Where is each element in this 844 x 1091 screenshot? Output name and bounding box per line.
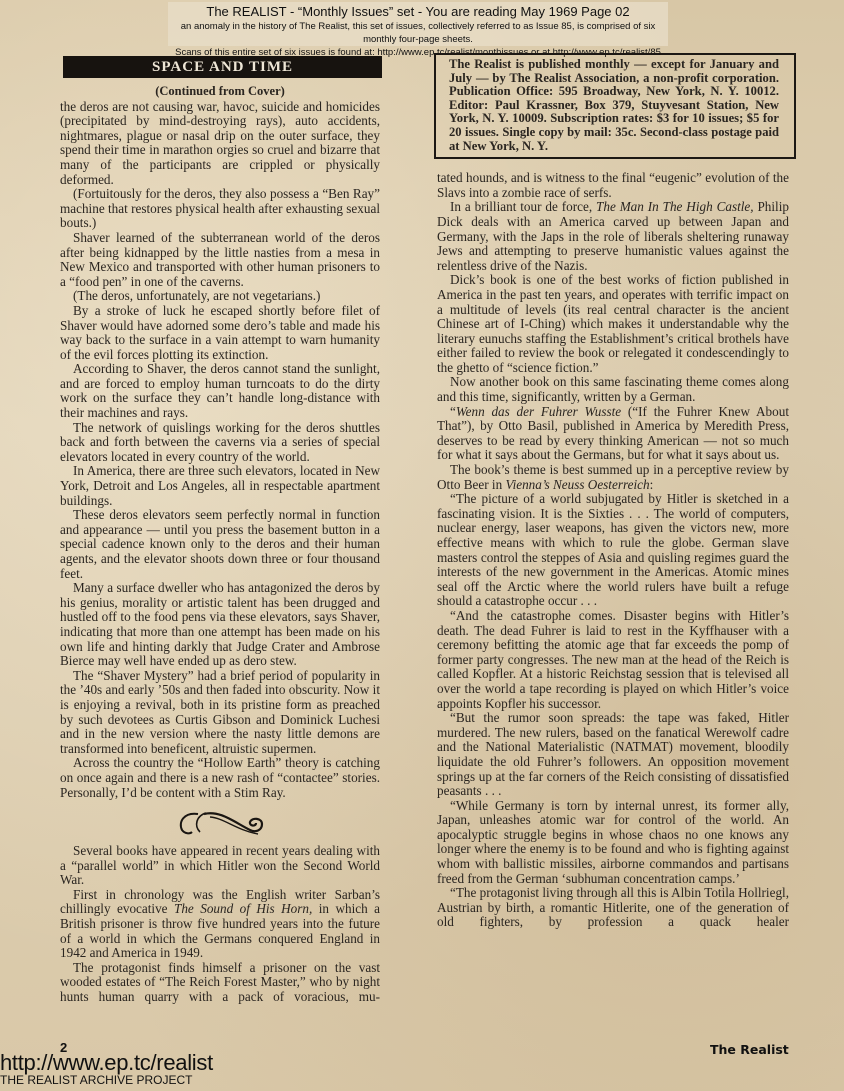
paragraph: “While Germany is torn by internal unres…: [437, 799, 789, 887]
italic-title: Wenn das der Fuhrer Wusste: [456, 404, 621, 419]
paragraph: “The picture of a world subjugated by Hi…: [437, 492, 789, 609]
italic-title: The Sound of His Horn,: [174, 901, 312, 916]
paragraph: (Fortuitously for the deros, they also p…: [60, 187, 380, 231]
paragraph: The “Shaver Mystery” had a brief period …: [60, 669, 380, 757]
paragraph: First in chronology was the English writ…: [60, 888, 380, 961]
paragraph: In a brilliant tour de force, The Man In…: [437, 200, 789, 273]
banner-title: The REALIST - “Monthly Issues” set - You…: [168, 4, 668, 20]
left-column-body: the deros are not causing war, havoc, su…: [60, 100, 380, 801]
paragraph: In America, there are three such elevato…: [60, 464, 380, 508]
paragraph: The network of quislings working for the…: [60, 421, 380, 465]
paragraph: These deros elevators seem perfectly nor…: [60, 508, 380, 581]
left-column: SPACE AND TIME (Continued from Cover) th…: [60, 56, 380, 1005]
masthead-box: The Realist is published monthly — excep…: [434, 53, 796, 159]
paragraph: “The protagonist living through all this…: [437, 886, 789, 930]
archive-name: THE REALIST ARCHIVE PROJECT: [0, 1073, 193, 1087]
paragraph: (The deros, unfortunately, are not veget…: [60, 289, 380, 304]
paragraph: Several books have appeared in recent ye…: [60, 844, 380, 888]
right-column-body: tated hounds, and is witness to the fina…: [437, 171, 789, 930]
continued-note: (Continued from Cover): [60, 84, 380, 99]
publication-name: The Realist: [710, 1042, 789, 1057]
paragraph: Across the country the “Hollow Earth” th…: [60, 756, 380, 800]
italic-title: The Man In The High Castle,: [596, 199, 754, 214]
paragraph: Shaver learned of the subterranean world…: [60, 231, 380, 289]
paragraph: “But the rumor soon spreads: the tape wa…: [437, 711, 789, 799]
masthead-text: The Realist is published monthly — excep…: [449, 58, 779, 153]
flourish-ornament-icon: [176, 808, 268, 838]
paragraph: the deros are not causing war, havoc, su…: [60, 100, 380, 188]
paragraph: “Wenn das der Fuhrer Wusste (“If the Fuh…: [437, 405, 789, 463]
paragraph: Many a surface dweller who has antagoniz…: [60, 581, 380, 669]
paragraph: According to Shaver, the deros cannot st…: [60, 362, 380, 420]
paragraph: By a stroke of luck he escaped shortly b…: [60, 304, 380, 362]
right-column: The Realist is published monthly — excep…: [437, 56, 789, 930]
paragraph: Now another book on this same fascinatin…: [437, 375, 789, 404]
italic-title: Vienna’s Neuss Oesterreich: [506, 477, 650, 492]
paragraph: The protagonist finds himself a prisoner…: [60, 961, 380, 1005]
article-title: SPACE AND TIME: [63, 56, 382, 78]
paragraph: The book’s theme is best summed up in a …: [437, 463, 789, 492]
banner-description: an anomaly in the history of The Realist…: [168, 20, 668, 46]
paragraph: tated hounds, and is witness to the fina…: [437, 171, 789, 200]
paragraph: Dick’s book is one of the best works of …: [437, 273, 789, 375]
paragraph: “And the catastrophe comes. Disaster beg…: [437, 609, 789, 711]
archive-banner: The REALIST - “Monthly Issues” set - You…: [168, 2, 668, 46]
left-column-body-continued: Several books have appeared in recent ye…: [60, 844, 380, 1005]
